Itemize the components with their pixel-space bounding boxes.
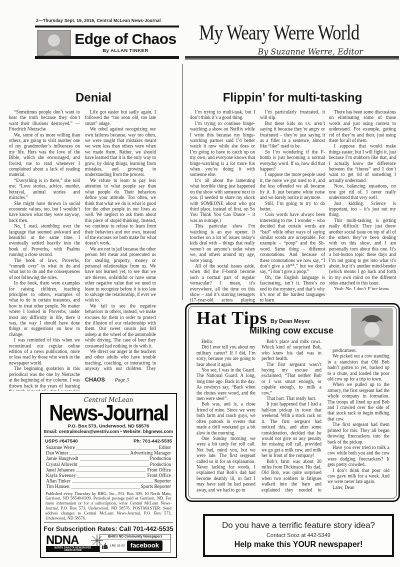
feature-story-ad: Do you have a terrific feature story ide… [203,514,394,557]
hat-tips-box: Hat Tips By Dean Meyer Milking cow excus… [185,303,400,502]
paragraph: Cuss words have always been interesting … [260,213,325,276]
paragraph: We picked out a cow standing in a stanch… [328,354,390,383]
continuation-slug-name: CHAOS [85,377,105,383]
dotted-leader [77,477,145,478]
paragraph: We are not in jail because the other per… [85,247,156,304]
paragraph: You see, I was in the Guard. The Nationa… [197,368,256,402]
dotted-leader [72,483,153,484]
facebook-logo: facebook [127,541,163,552]
subscription-rates-line: For Subscription Rates: Call 701-442-553… [41,525,176,533]
like-us-label: Like us on [110,544,125,548]
masthead-staff-list: Suzanne WerreEditorDan WinterAdvertising… [41,444,176,490]
paragraph: We refuse to learn to pay less attention… [85,178,156,246]
masthead-legal-text: Published every Thursday by BHG, Inc., P… [41,490,176,521]
masthead-divider-2 [44,523,173,524]
paragraph: This multi-tasking is getting really dif… [329,218,396,286]
paragraph: All of the social issues aside, when did… [190,264,255,303]
paragraph: Later, Dean [328,485,390,491]
weary-world-title: My Weary Werre World [199,21,390,45]
dotted-leader [70,455,129,456]
paragraph: It just happened that I had a half-ton p… [262,402,322,459]
staff-name: Tim Hansen [46,484,69,490]
facebook-promo: BHG's ND Community Newspapers Like us on… [100,534,171,553]
paragraph: This particular show I’m watching is an … [190,224,255,264]
dotted-leader [76,472,146,473]
ndna-logo: NDNA NORTH DAKOTA NEWSPAPER ASSOCIATION [46,535,100,552]
dateline-rule [35,26,179,28]
paragraph: It’s all about the lamenting what horrib… [190,178,255,224]
paragraph: I’m trying to continue binge-watching a … [190,121,255,178]
paragraph: When we pulled up to the armory, the fir… [328,383,390,423]
paragraph: The book of laws, Proverbs, “runneth ove… [9,258,80,281]
masthead-contact: Email: centralmclean@westriv.com • Websi… [41,429,176,434]
page-dateline: 2—Thursday Sept. 19, 2019, Central McLea… [36,18,186,23]
hat-tips-column-3: predicament.We picked out a cow standing… [328,349,390,494]
paragraph: I suppose the more people used it, the m… [260,173,325,202]
paragraph: The first sergeant had them primed for t… [328,423,390,446]
ad-question-line: Do you have a terrific feature story ide… [205,521,392,531]
ad-contact-line: Contact Sooz at 442-5349 [205,533,392,539]
paragraph: I’m particularly frustrated, it will sli… [260,110,325,121]
paragraph: We direct our anger at the teachers and … [85,350,156,372]
edge-of-chaos-title: Edge of Chaos [73,31,178,48]
paragraph: Yeah. No. I don’t F’ing know. [329,287,396,290]
masthead-paper-name: News-Journal [41,404,176,424]
masthead-phone: Ph: 701-442-5535 [133,439,172,445]
paragraph: We, some of us more willing than others,… [9,133,80,179]
hat-tips-column-2: Bob’s place and milk cows. Which kind of… [262,340,322,494]
paragraph: So I’m wondering if the F-bomb is just b… [260,150,325,173]
edge-of-chaos-byline: By ALLAN TINKER [73,48,178,54]
cowboy-hat-portrait-icon [352,309,392,345]
paragraph: I was reminded of this when we recontinu… [9,338,80,367]
paragraph: Have you ever tried to milk a cow while … [328,445,390,468]
columnist-photo-dean-meyer [352,309,393,346]
paragraph: Now, balancing equations, no one got rid… [329,184,396,201]
paragraph: Oh, the English language is fascinating,… [260,275,325,303]
newspaper-page: 2—Thursday Sept. 19, 2019, Central McLea… [0,0,400,567]
paragraph: Bob’s place and milk cows. Which kind of… [262,340,322,363]
flippin-column-1: I’m trying to multi-task, but I don’t th… [190,110,255,303]
edge-of-chaos-rule [35,56,179,59]
paragraph: In the book, there were examples for rai… [9,281,80,338]
paragraph: Just kidding. Science is important, too … [329,201,396,218]
paragraph: The first sergeant wasn’t buying my excu… [262,362,322,396]
paragraph: There has been some discussions on elimi… [329,110,396,144]
ndna-sunburst-icon [91,534,104,547]
paragraph: But these kids on t.v. aren’t saying it … [260,121,325,150]
paragraph: I suppose that would make things easier,… [329,144,396,184]
paragraph: The beginning quotation in this periodic… [9,367,80,391]
staff-role: Sports Reporter [141,484,171,490]
paragraph: Bob was, and is, a close friend of mine.… [197,402,256,436]
paragraph: We fail to see the negative behaviors in… [85,304,156,350]
paragraph: “Sometimes people don’t want to hear the… [9,110,80,133]
flippin-headline: Flippin’ for multi-tasking [188,91,397,105]
continuation-slug: CHAOS Page 3 [85,375,156,384]
hat-tips-byline: By Dean Meyer [271,319,310,325]
dotted-leader [79,466,148,467]
continuation-page-ref: Page 3 [115,378,129,384]
masthead-usps: USPS #647540 [45,439,78,445]
columnist-photo-allan-tinker [37,30,71,56]
dotted-leader [80,460,149,461]
hat-tips-column-1: Hello.Did I ever tell you about my milit… [197,340,256,494]
paragraph: Bob’s farm was about 30 miles from Dicki… [262,459,322,493]
denial-headline: Denial [8,91,179,105]
paragraph: She might have thrown in social economic… [9,201,80,224]
paragraph: “Everything is in there,” she told me; “… [9,178,80,201]
flippin-column-3: There has been some discussions on elimi… [329,110,396,290]
flippin-column-2: I’m particularly frustrated, it will sli… [260,110,325,303]
denial-column-2: Life got easier but sadly again, I follo… [85,110,156,372]
paragraph: I’m trying to multi-task, but I don’t th… [190,110,255,121]
paragraph: I don’t think that poor old cow gave mil… [328,468,390,485]
masthead-box: Central McLean News-Journal P.O. Box 573… [40,393,177,558]
portrait-placeholder-icon [38,31,71,56]
paragraph: Still, I’m going to try to do better. [260,201,325,212]
paragraph: No, I read, stumbling over the language … [9,224,80,258]
section-divider [182,64,183,300]
paragraph: Life got easier but sadly again, I follo… [85,110,156,127]
milking-cow-headline: Milking cow excuse [239,326,345,337]
dotted-leader [71,488,139,489]
paragraph: We rebel against recognizing our own fai… [85,127,156,178]
dotted-leader [76,449,157,450]
denial-column-1: “Sometimes people don’t want to hear the… [9,110,80,391]
paragraph: Did I ever tell you about my military ca… [197,345,256,368]
masthead-logos-row: NDNA NORTH DAKOTA NEWSPAPER ASSOCIATION … [41,533,176,553]
ad-cta-line: Help make this YOUR newspaper! [205,541,392,550]
weary-world-rule [185,56,399,60]
masthead-divider-1 [44,436,173,437]
paragraph: One Sunday morning we were a bit tardy f… [197,436,256,493]
